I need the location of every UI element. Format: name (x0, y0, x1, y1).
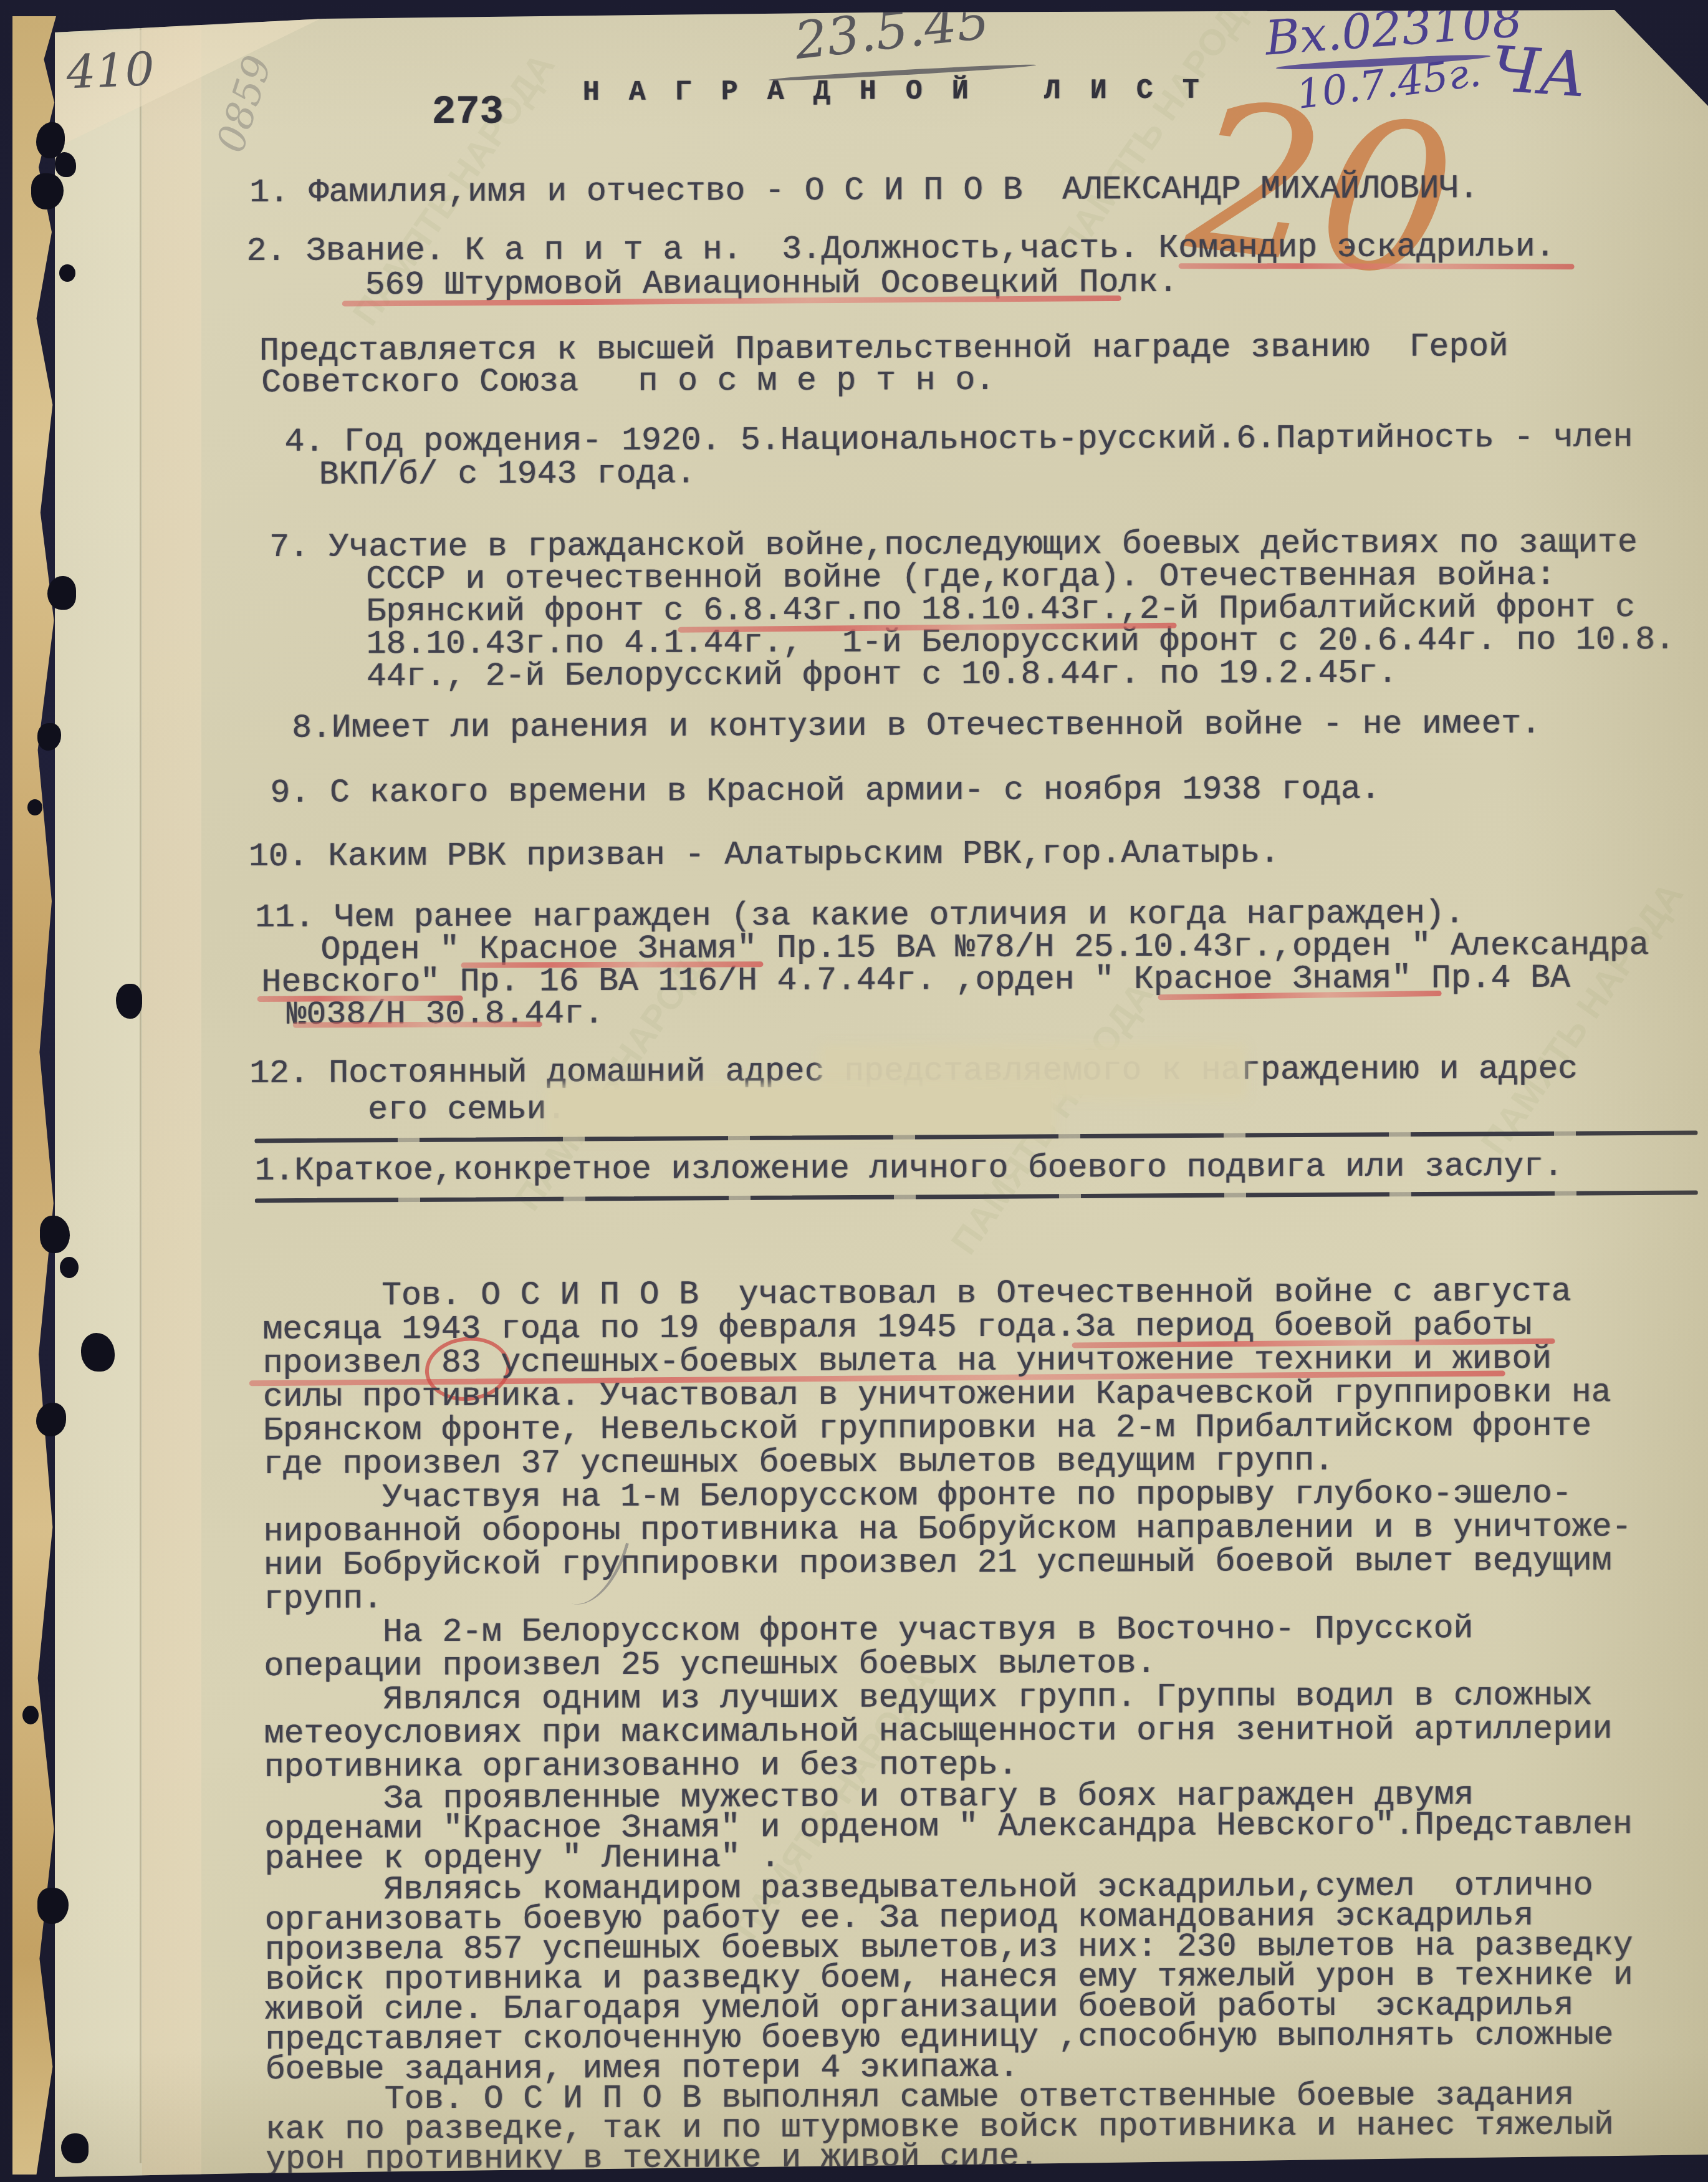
citation-paragraph-7: Тов. О С И П О В выполнял самые ответств… (266, 2080, 1614, 2175)
section-heading: 1.Краткое,конкретное изложение личного б… (255, 1150, 1563, 1188)
field-service: 9. С какого времени в Красной армии- с н… (270, 773, 1380, 810)
red-underline (461, 961, 763, 968)
ink-initials: ЧА (1489, 32, 1589, 112)
field-rank-duty: 2. Звание. К а п и т а н. 3.Должность,ча… (246, 231, 1555, 268)
ink-blot (61, 2133, 89, 2163)
scanned-award-document: ПАМЯТЬ НАРОДА ПАМЯТЬ НАРОДА ПАМЯТЬ НАРОД… (0, 0, 1708, 2182)
red-underline (293, 1021, 542, 1027)
document-content: 410 0859 23.5.45 Вх.023108 10.7.45г. ЧА … (0, 0, 1708, 2182)
ink-blot (40, 1216, 70, 1253)
field-birth-party: 4. Год рождения- 1920. 5.Национальность-… (284, 421, 1633, 459)
page-title: Н А Г Р А Д Н О Й Л И С Т (583, 77, 1206, 107)
citation-paragraph-4: Являлся одним из лучших ведущих групп. Г… (264, 1678, 1612, 1784)
red-underline (1179, 263, 1575, 269)
ink-blot (59, 264, 75, 282)
citation-paragraph-3: На 2-м Белорусском фронте участвуя в Вос… (264, 1612, 1473, 1683)
archive-page-number: 410 (65, 42, 155, 99)
field-name: 1. Фамилия,имя и отчество - О С И П О В … (249, 172, 1479, 209)
erasure-patch (552, 1089, 1050, 1135)
field-party-cont: ВКП/б/ с 1943 года. (319, 457, 696, 491)
sheet-number: 273 (432, 93, 504, 133)
corner-pencil-note: 0859 (208, 50, 281, 158)
ink-blot (27, 799, 42, 815)
citation-paragraph-6: Являясь командиром разведывательной эска… (265, 1870, 1634, 2085)
citation-paragraph-5: За проявленные мужество и отвагу в боях … (264, 1779, 1633, 1874)
field-address-line2: его семьи. (368, 1093, 566, 1127)
divider-line (255, 1190, 1698, 1203)
field-rvk: 10. Каким РВК призван - Алатырьским РВК,… (249, 837, 1280, 873)
ink-blot (47, 576, 76, 610)
ink-blot (36, 1403, 66, 1436)
ink-blot (116, 984, 142, 1019)
field-wounds: 8.Имеет ли ранения и контузии в Отечеств… (292, 708, 1541, 745)
citation-paragraph-2: Участвуя на 1-м Белорусском фронте по пр… (263, 1476, 1631, 1616)
ink-blot (55, 152, 76, 177)
citation-paragraph-1: Тов. О С И П О В участвовал в Отечествен… (262, 1274, 1611, 1481)
pencil-date: 23.5.45 (792, 0, 992, 71)
ink-blot (22, 1706, 39, 1724)
paper-sheet: ПАМЯТЬ НАРОДА ПАМЯТЬ НАРОДА ПАМЯТЬ НАРОД… (0, 0, 1708, 2182)
field-war-line5: 44г., 2-й Белорусский фронт с 10.8.44г. … (367, 657, 1398, 694)
ink-blot (60, 1257, 79, 1278)
red-underline (257, 996, 463, 1002)
field-award-line2: Советского Союза п о с м е р т н о. (261, 364, 995, 400)
torn-spine-edge (12, 16, 56, 2175)
